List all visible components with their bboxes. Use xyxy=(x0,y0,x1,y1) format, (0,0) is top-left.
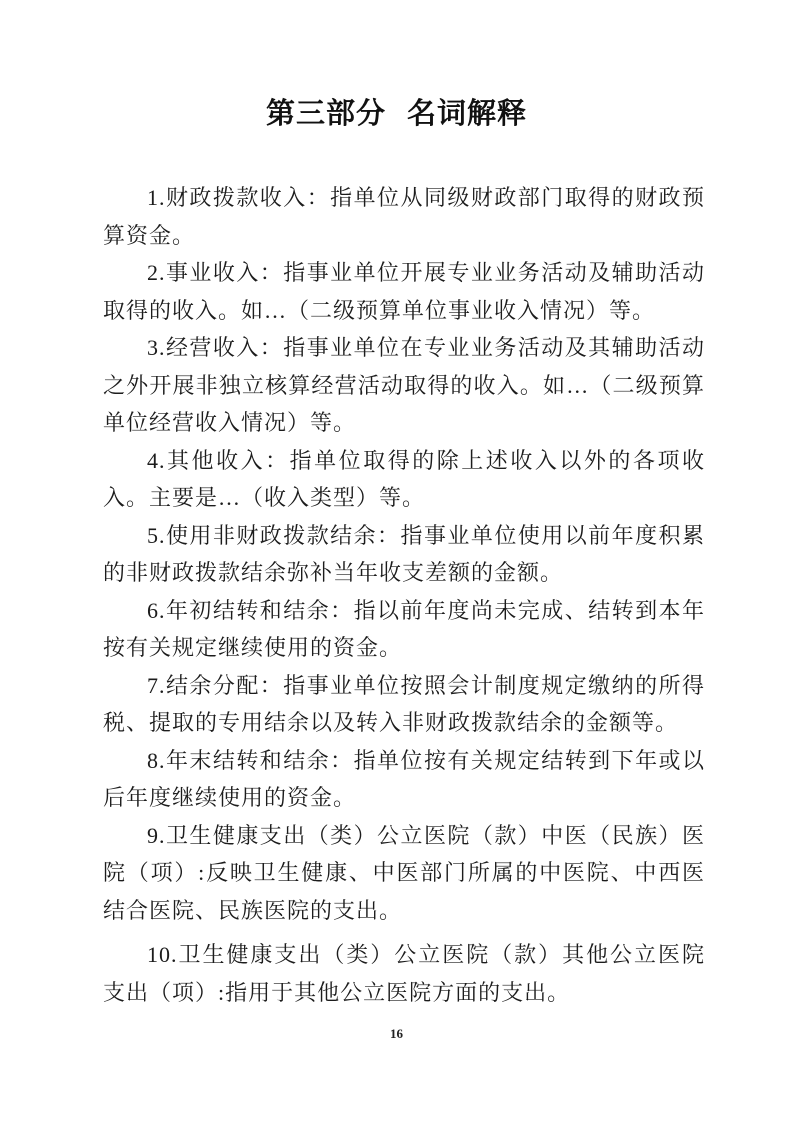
term-definition-6: 6.年初结转和结余：指以前年度尚未完成、结转到本年按有关规定继续使用的资金。 xyxy=(103,592,705,667)
term-definition-2: 2.事业收入：指事业单位开展专业业务活动及辅助活动取得的收入。如…（二级预算单位… xyxy=(103,254,705,329)
term-definition-8: 8.年末结转和结余：指单位按有关规定结转到下年或以后年度继续使用的资金。 xyxy=(103,742,705,817)
document-page: 第三部分 名词解释 1.财政拨款收入：指单位从同级财政部门取得的财政预算资金。 … xyxy=(0,0,793,1122)
term-definition-9: 9.卫生健康支出（类）公立医院（款）中医（民族）医院（项）:反映卫生健康、中医部… xyxy=(103,817,705,930)
term-definition-1: 1.财政拨款收入：指单位从同级财政部门取得的财政预算资金。 xyxy=(103,179,705,254)
term-definition-5: 5.使用非财政拨款结余：指事业单位使用以前年度积累的非财政拨款结余弥补当年收支差… xyxy=(103,517,705,592)
document-body: 1.财政拨款收入：指单位从同级财政部门取得的财政预算资金。 2.事业收入：指事业… xyxy=(0,179,793,1011)
term-definition-4: 4.其他收入：指单位取得的除上述收入以外的各项收入。主要是…（收入类型）等。 xyxy=(103,442,705,517)
term-definition-3: 3.经营收入：指事业单位在专业业务活动及其辅助活动之外开展非独立核算经营活动取得… xyxy=(103,329,705,442)
term-definition-10: 10.卫生健康支出（类）公立医院（款）其他公立医院支出（项）:指用于其他公立医院… xyxy=(103,936,705,1011)
term-definition-7: 7.结余分配：指事业单位按照会计制度规定缴纳的所得税、提取的专用结余以及转入非财… xyxy=(103,667,705,742)
page-title: 第三部分 名词解释 xyxy=(0,96,793,132)
page-number: 16 xyxy=(0,1026,793,1042)
